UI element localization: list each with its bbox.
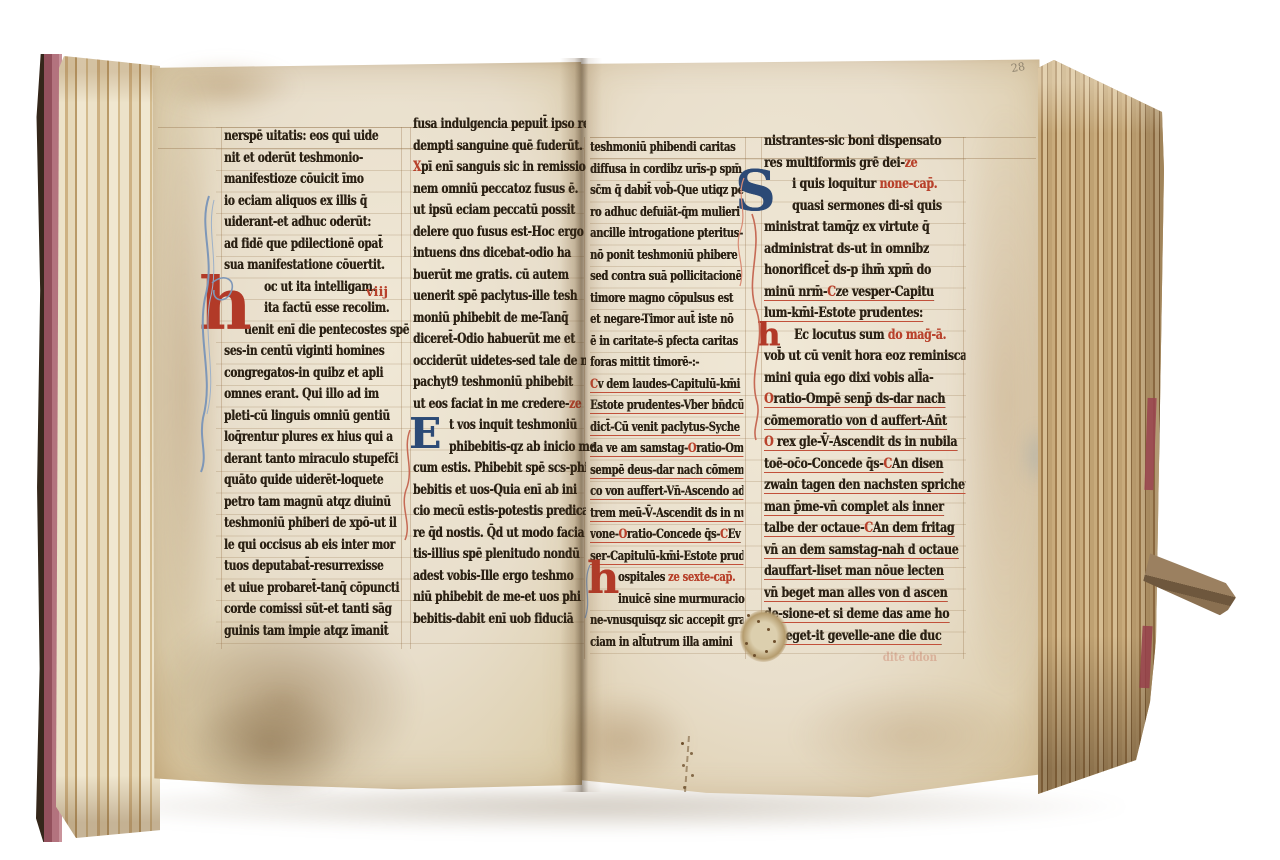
photograph-of-open-manuscript: nerspē uitatis: eos qui uidenit et oderū… bbox=[0, 0, 1280, 860]
manuscript-line: manifestioze cōuicit īmo bbox=[224, 169, 401, 191]
manuscript-text-segment: Ev bbox=[728, 526, 741, 541]
manuscript-text-segment: bebitis-dabit enī uob fiduciā bbox=[413, 611, 573, 627]
manuscript-line: nistrantes-sic boni dispensato bbox=[764, 131, 965, 153]
manuscript-text-segment: O bbox=[764, 391, 773, 407]
manuscript-text-segment: uenerit spē paclytus-ille tesh bbox=[413, 288, 577, 304]
manuscript-text-segment: le qui occisus ab eis inter mor bbox=[224, 537, 395, 553]
manuscript-line: teshmoniū phibendi caritas bbox=[590, 136, 743, 158]
manuscript-text-segment: pleti-cū linguis omniū gentiū bbox=[224, 408, 390, 424]
manuscript-line: uiderant-et adhuc oderūt: bbox=[224, 212, 401, 234]
manuscript-text-segment: nistrantes-sic boni dispensato bbox=[764, 133, 941, 149]
manuscript-line: quāto quide uiderēt-loquete bbox=[224, 470, 401, 492]
manuscript-text-segment: moniū phibebit de me-Tanq̄ bbox=[413, 310, 568, 326]
manuscript-text-segment: beget-it gevelle-ane die duc bbox=[778, 628, 941, 644]
manuscript-text-segment: bebitis et uos-Quia enī ab ini bbox=[413, 482, 577, 498]
manuscript-line: toē-oc̄o-Concede q̄s-CAn disen bbox=[764, 454, 965, 476]
manuscript-text-segment: petro tam magnū atqz diuinū bbox=[224, 494, 391, 510]
manuscript-text-segment: et negare-Timor aut̄ iste nō bbox=[590, 311, 733, 326]
manuscript-line: vone-Oratio-Concede q̄s-CEv bbox=[590, 523, 743, 545]
column-guide bbox=[221, 127, 222, 649]
manuscript-line: beget-it gevelle-ane die duc bbox=[778, 626, 979, 648]
manuscript-line: nō ponit teshmoniū phibere bbox=[590, 244, 743, 266]
manuscript-line: ministrat tamq̄z ex virtute q̄ bbox=[764, 217, 965, 239]
manuscript-line: ro adhuc defuiāt-q̄m mulieri bbox=[590, 201, 743, 223]
column-guide bbox=[410, 127, 411, 649]
manuscript-text-segment: manifestioze cōuicit īmo bbox=[224, 171, 363, 187]
manuscript-text-segment: adest vobis-Ille ergo teshmo bbox=[413, 568, 573, 584]
manuscript-text-segment: teshmoniū phibendi caritas bbox=[590, 139, 735, 154]
stitch-dots bbox=[747, 614, 750, 617]
manuscript-text-segment: none-cap̄. bbox=[879, 176, 937, 192]
manuscript-text-segment: uenit enī die pentecostes spē bbox=[244, 322, 409, 338]
manuscript-line: foras mittit timorē-:- bbox=[590, 351, 743, 373]
manuscript-text-segment: ratio-Ompē senp̄ ds-dar nach bbox=[773, 391, 945, 407]
manuscript-text-segment: Ec locutus sum bbox=[794, 327, 888, 343]
manuscript-line: vob̄ ut cū venit hora eoz reminisca bbox=[764, 346, 965, 368]
manuscript-text-segment: omnes erant. Qui illo ad im bbox=[224, 386, 379, 402]
manuscript-text-segment: congregatos-in quibz et apli bbox=[224, 365, 383, 381]
manuscript-line: Estote prudentes-Vber bn̄dcūs bbox=[590, 394, 743, 416]
manuscript-line: talbe der octaue-CAn dem fritag bbox=[764, 518, 965, 540]
manuscript-text-segment: nit et oderūt teshmonio- bbox=[224, 150, 363, 166]
manuscript-text-segment: timore magno cōpulsus est bbox=[590, 290, 733, 305]
manuscript-line: vn̄ beget man alles von d ascen bbox=[764, 583, 965, 605]
manuscript-line: corde comissi sūt-et tanti sāg bbox=[224, 599, 401, 621]
manuscript-text-segment: uiderant-et adhuc oderūt: bbox=[224, 214, 371, 230]
initial-red-h-small: h bbox=[757, 321, 780, 347]
text-column-1: nerspē uitatis: eos qui uidenit et oderū… bbox=[224, 126, 402, 642]
manuscript-line: sc̄m q̄ dabit̄ vob̄-Que utiqz pe bbox=[590, 179, 743, 201]
manuscript-line: dauffart-liset man nōue lecten bbox=[764, 561, 965, 583]
stitch-dots bbox=[681, 742, 684, 745]
manuscript-text-segment: administrat ds-ut in omnibz bbox=[764, 241, 929, 257]
manuscript-text-segment: ministrat tamq̄z ex virtute q̄ bbox=[764, 219, 929, 235]
manuscript-text-segment: O bbox=[764, 434, 773, 450]
manuscript-text-segment: vn̄ an dem samstag-nah d octaue bbox=[764, 542, 958, 558]
manuscript-text-segment: ze vesper-Capitu bbox=[836, 284, 934, 300]
manuscript-text-segment: dict̄-Cū venit paclytus-Syche bbox=[590, 419, 740, 434]
manuscript-line: guinis tam impie atqz īmanit̄ bbox=[224, 621, 401, 643]
manuscript-text-segment: talbe der octaue- bbox=[764, 520, 864, 536]
manuscript-text-segment: intuens dns dicebat-odio ha bbox=[413, 245, 571, 261]
manuscript-line: uenit enī die pentecostes spē bbox=[244, 320, 421, 342]
manuscript-text-segment: corde comissi sūt-et tanti sāg bbox=[224, 601, 392, 617]
manuscript-text-segment: ne-vnusquisqz sic accepit gra bbox=[590, 612, 743, 627]
manuscript-text-segment: C bbox=[720, 526, 728, 541]
manuscript-text-segment: C bbox=[883, 456, 891, 472]
manuscript-text-segment: re q̄d nostis. Q̄d ut modo facia bbox=[413, 525, 584, 541]
manuscript-text-segment: rex gle-V̄-Ascendit ds in nubila bbox=[773, 434, 957, 450]
manuscript-text-segment: C bbox=[827, 284, 835, 300]
manuscript-text-segment: sed contra suā pollicitacionē bbox=[590, 268, 741, 283]
manuscript-text-segment: de-sione-et si deme das ame ho bbox=[764, 606, 949, 622]
manuscript-line: O rex gle-V̄-Ascendit ds in nubila bbox=[764, 432, 965, 454]
manuscript-text-segment: An disen bbox=[892, 456, 943, 472]
manuscript-line: quasi sermones di-si quis bbox=[792, 196, 993, 218]
gutter-fold-shadow bbox=[560, 58, 602, 792]
manuscript-text-segment: ciam in alt̄utrum illa amini bbox=[590, 634, 732, 649]
manuscript-text-segment: quāto quide uiderēt-loquete bbox=[224, 472, 383, 488]
manuscript-text-segment: derant tanto miraculo stupefc̄i bbox=[224, 451, 398, 467]
manuscript-line: ospitales ze sexte-cap̄. bbox=[618, 566, 771, 588]
quire-mark-viij: viij bbox=[366, 285, 388, 300]
manuscript-line: loq̄rentur plures ex hius qui a bbox=[224, 427, 401, 449]
manuscript-line: et uiue probaret̄-tanq̄ cōpuncti bbox=[224, 578, 401, 600]
manuscript-text-segment: oc ut ita intelligam. bbox=[264, 279, 376, 295]
initial-blue-e: E bbox=[409, 417, 441, 451]
erased-rubric: dite ddon bbox=[883, 650, 937, 664]
manuscript-text-segment: ratio-Concede q̄s- bbox=[627, 526, 720, 541]
manuscript-line: et negare-Timor aut̄ iste nō bbox=[590, 308, 743, 330]
manuscript-line: sempē deus-dar nach cōmemoza bbox=[590, 459, 743, 481]
manuscript-text-segment: C bbox=[864, 520, 872, 536]
manuscript-text-segment: foras mittit timorē-:- bbox=[590, 354, 699, 369]
manuscript-line: i quis loquitur none-cap̄. bbox=[792, 174, 993, 196]
manuscript-text-segment: teshmoniū phiberi de xpō-ut il bbox=[224, 515, 396, 531]
manuscript-text-segment: do maḡ-ā. bbox=[888, 327, 946, 343]
manuscript-line: ancille introgatione pteritus- bbox=[590, 222, 743, 244]
left-page-stack-edges bbox=[56, 56, 160, 838]
manuscript-text-segment: pachyt9 teshmoniū phibebit bbox=[413, 374, 573, 390]
manuscript-text-segment: buerūt me gratis. cū autem bbox=[413, 267, 569, 283]
manuscript-text-segment: X bbox=[413, 159, 421, 175]
manuscript-line: tuos deputabat̄-resurrexisse bbox=[224, 556, 401, 578]
manuscript-line: minū nrm̄-Cze vesper-Capitu bbox=[764, 282, 965, 304]
manuscript-line: io eciam aliquos ex illis q̄ bbox=[224, 191, 401, 213]
manuscript-text-segment: Estote prudentes-Vber bn̄dcūs bbox=[590, 397, 743, 412]
manuscript-line: de-sione-et si deme das ame ho bbox=[764, 604, 965, 626]
manuscript-line: teshmoniū phiberi de xpō-ut il bbox=[224, 513, 401, 535]
manuscript-text-segment: nem omniū peccatoz fusus ē. bbox=[413, 181, 578, 197]
manuscript-line: Cv dem laudes-Capitulū-km̄i bbox=[590, 373, 743, 395]
manuscript-text-segment: sempē deus-dar nach cōmemoza bbox=[590, 462, 743, 477]
manuscript-line: vn̄ an dem samstag-nah d octaue bbox=[764, 540, 965, 562]
manuscript-line: sed contra suā pollicitacionē bbox=[590, 265, 743, 287]
manuscript-text-segment: minū nrm̄- bbox=[764, 284, 827, 300]
book-drop-shadow bbox=[50, 788, 1140, 834]
manuscript-line: Oratio-Ompē senp̄ ds-dar nach bbox=[764, 389, 965, 411]
manuscript-line: derant tanto miraculo stupefc̄i bbox=[224, 449, 401, 471]
manuscript-text-segment: cōmemoratio von d auffert-An̄t bbox=[764, 413, 947, 429]
manuscript-line: ad fidē que pdilectionē opat̄ bbox=[224, 234, 401, 256]
manuscript-text-segment: vob̄ ut cū venit hora eoz reminisca bbox=[764, 348, 965, 364]
manuscript-text-segment: vn̄ beget man alles von d ascen bbox=[764, 585, 947, 601]
manuscript-line: honorificet̄ ds-p ihm̄ xpm̄ do bbox=[764, 260, 965, 282]
manuscript-text-segment: ze bbox=[905, 155, 918, 171]
manuscript-line: le qui occisus ab eis inter mor bbox=[224, 535, 401, 557]
manuscript-line: cōmemoratio von d auffert-An̄t bbox=[764, 411, 965, 433]
manuscript-text-segment: diceret̄-Odio habuerūt me et bbox=[413, 331, 575, 347]
manuscript-line: man p̄me-vn̄ complet als inner bbox=[764, 497, 965, 519]
manuscript-line: nit et oderūt teshmonio- bbox=[224, 148, 401, 170]
manuscript-text-segment: ut ipsū eciam peccatū possit bbox=[413, 202, 575, 218]
manuscript-text-segment: ro adhuc defuiāt-q̄m mulieri bbox=[590, 204, 740, 219]
manuscript-text-segment: sc̄m q̄ dabit̄ vob̄-Que utiqz pe bbox=[590, 182, 743, 197]
manuscript-text-segment: ita factū esse recolim. bbox=[264, 300, 389, 316]
manuscript-line: Ec locutus sum do maḡ-ā. bbox=[794, 325, 995, 347]
manuscript-text-segment: i quis loquitur bbox=[792, 176, 879, 192]
manuscript-text-segment: et uiue probaret̄-tanq̄ cōpuncti bbox=[224, 580, 399, 596]
manuscript-line: ne-vnusquisqz sic accepit gra bbox=[590, 609, 743, 631]
manuscript-text-segment: diffusa in cordibz urīs-p spm̄ bbox=[590, 161, 742, 176]
manuscript-text-segment: dempti sanguine quē fuderūt. bbox=[413, 138, 582, 154]
manuscript-line: trem meū-V̄-Ascendit ds in nubila bbox=[590, 502, 743, 524]
manuscript-line: da ve am samstag-Oratio-Ompē bbox=[590, 437, 743, 459]
manuscript-text-segment: nerspē uitatis: eos qui uide bbox=[224, 128, 378, 144]
manuscript-text-segment: tis-illius spē plenitudo nondū bbox=[413, 546, 579, 562]
manuscript-text-segment: trem meū-V̄-Ascendit ds in nubila bbox=[590, 505, 743, 520]
stain-bottom-left-dark bbox=[185, 690, 355, 800]
folio-number: 28 bbox=[1010, 60, 1026, 75]
manuscript-text-segment: honorificet̄ ds-p ihm̄ xpm̄ do bbox=[764, 262, 931, 278]
manuscript-text-segment: res multiformis grē dei- bbox=[764, 155, 905, 171]
manuscript-text-segment: quasi sermones di-si quis bbox=[792, 198, 942, 214]
manuscript-text-segment: ospitales bbox=[618, 569, 668, 584]
manuscript-text-segment: tuos deputabat̄-resurrexisse bbox=[224, 558, 383, 574]
manuscript-text-segment: inuicē sine murmuracio bbox=[618, 591, 744, 606]
manuscript-text-segment: v dem laudes-Capitulū-km̄i bbox=[598, 376, 740, 391]
manuscript-text-segment: da ve am samstag- bbox=[590, 440, 688, 455]
manuscript-text-segment: man p̄me-vn̄ complet als inner bbox=[764, 499, 944, 515]
manuscript-text-segment: ē in caritate-s̄ pfecta caritas bbox=[590, 333, 738, 348]
manuscript-line: zwain tagen den nachsten sprichet bbox=[764, 475, 965, 497]
manuscript-text-segment: O bbox=[619, 526, 627, 541]
manuscript-text-segment: dauffart-liset man nōue lecten bbox=[764, 563, 944, 579]
manuscript-line: res multiformis grē dei-ze bbox=[764, 153, 965, 175]
manuscript-line: lum-km̄i-Estote prudentes: bbox=[764, 303, 965, 325]
manuscript-line: diffusa in cordibz urīs-p spm̄ bbox=[590, 158, 743, 180]
manuscript-text-segment: ad fidē que pdilectionē opat̄ bbox=[224, 236, 383, 252]
manuscript-line: timore magno cōpulsus est bbox=[590, 287, 743, 309]
manuscript-line: petro tam magnū atqz diuinū bbox=[224, 492, 401, 514]
manuscript-text-segment: niū phibebit de me-et uos phi bbox=[413, 589, 580, 605]
manuscript-text-segment: ze sexte-cap̄. bbox=[668, 569, 735, 584]
manuscript-text-segment: ancille introgatione pteritus- bbox=[590, 225, 743, 240]
initial-red-h: h bbox=[199, 274, 251, 333]
manuscript-text-segment: An dem fritag bbox=[873, 520, 954, 536]
manuscript-text-segment: toē-oc̄o-Concede q̄s- bbox=[764, 456, 883, 472]
manuscript-line: ciam in alt̄utrum illa amini bbox=[590, 631, 743, 653]
manuscript-line: mini quia ego dixi vobis all̄a- bbox=[764, 368, 965, 390]
stain-left-edge bbox=[150, 70, 220, 710]
manuscript-line: ē in caritate-s̄ pfecta caritas bbox=[590, 330, 743, 352]
initial-blue-s: S bbox=[735, 169, 775, 215]
manuscript-text-segment: t vos inquit teshmoniū bbox=[449, 417, 577, 433]
manuscript-text-segment: mini quia ego dixi vobis all̄a- bbox=[764, 370, 933, 386]
text-column-4: nistrantes-sic boni dispensatores multif… bbox=[764, 131, 966, 647]
manuscript-text-segment: guinis tam impie atqz īmanit̄ bbox=[224, 623, 388, 639]
manuscript-text-segment: nō ponit teshmoniū phibere bbox=[590, 247, 737, 262]
manuscript-text-segment: loq̄rentur plures ex hius qui a bbox=[224, 429, 393, 445]
manuscript-line: pleti-cū linguis omniū gentiū bbox=[224, 406, 401, 428]
manuscript-text-segment: ratio-Ompē bbox=[696, 440, 743, 455]
stain-right-bottom bbox=[790, 680, 1030, 790]
manuscript-line: congregatos-in quibz et apli bbox=[224, 363, 401, 385]
manuscript-text-segment: delere quo fusus est-Hoc ergo bbox=[413, 224, 583, 240]
manuscript-line: nerspē uitatis: eos qui uide bbox=[224, 126, 401, 148]
manuscript-line: co von auffert-Vn̄-Ascendo ad pa bbox=[590, 480, 743, 502]
manuscript-text-segment: zwain tagen den nachsten sprichet bbox=[764, 477, 965, 493]
manuscript-text-segment: io eciam aliquos ex illis q̄ bbox=[224, 193, 367, 209]
manuscript-line: dict̄-Cū venit paclytus-Syche bbox=[590, 416, 743, 438]
manuscript-line: administrat ds-ut in omnibz bbox=[764, 239, 965, 261]
manuscript-text-segment: co von auffert-Vn̄-Ascendo ad pa bbox=[590, 483, 743, 498]
manuscript-text-segment: lum-km̄i-Estote prudentes: bbox=[764, 305, 923, 321]
manuscript-line: inuicē sine murmuracio bbox=[618, 588, 771, 610]
manuscript-line: omnes erant. Qui illo ad im bbox=[224, 384, 401, 406]
